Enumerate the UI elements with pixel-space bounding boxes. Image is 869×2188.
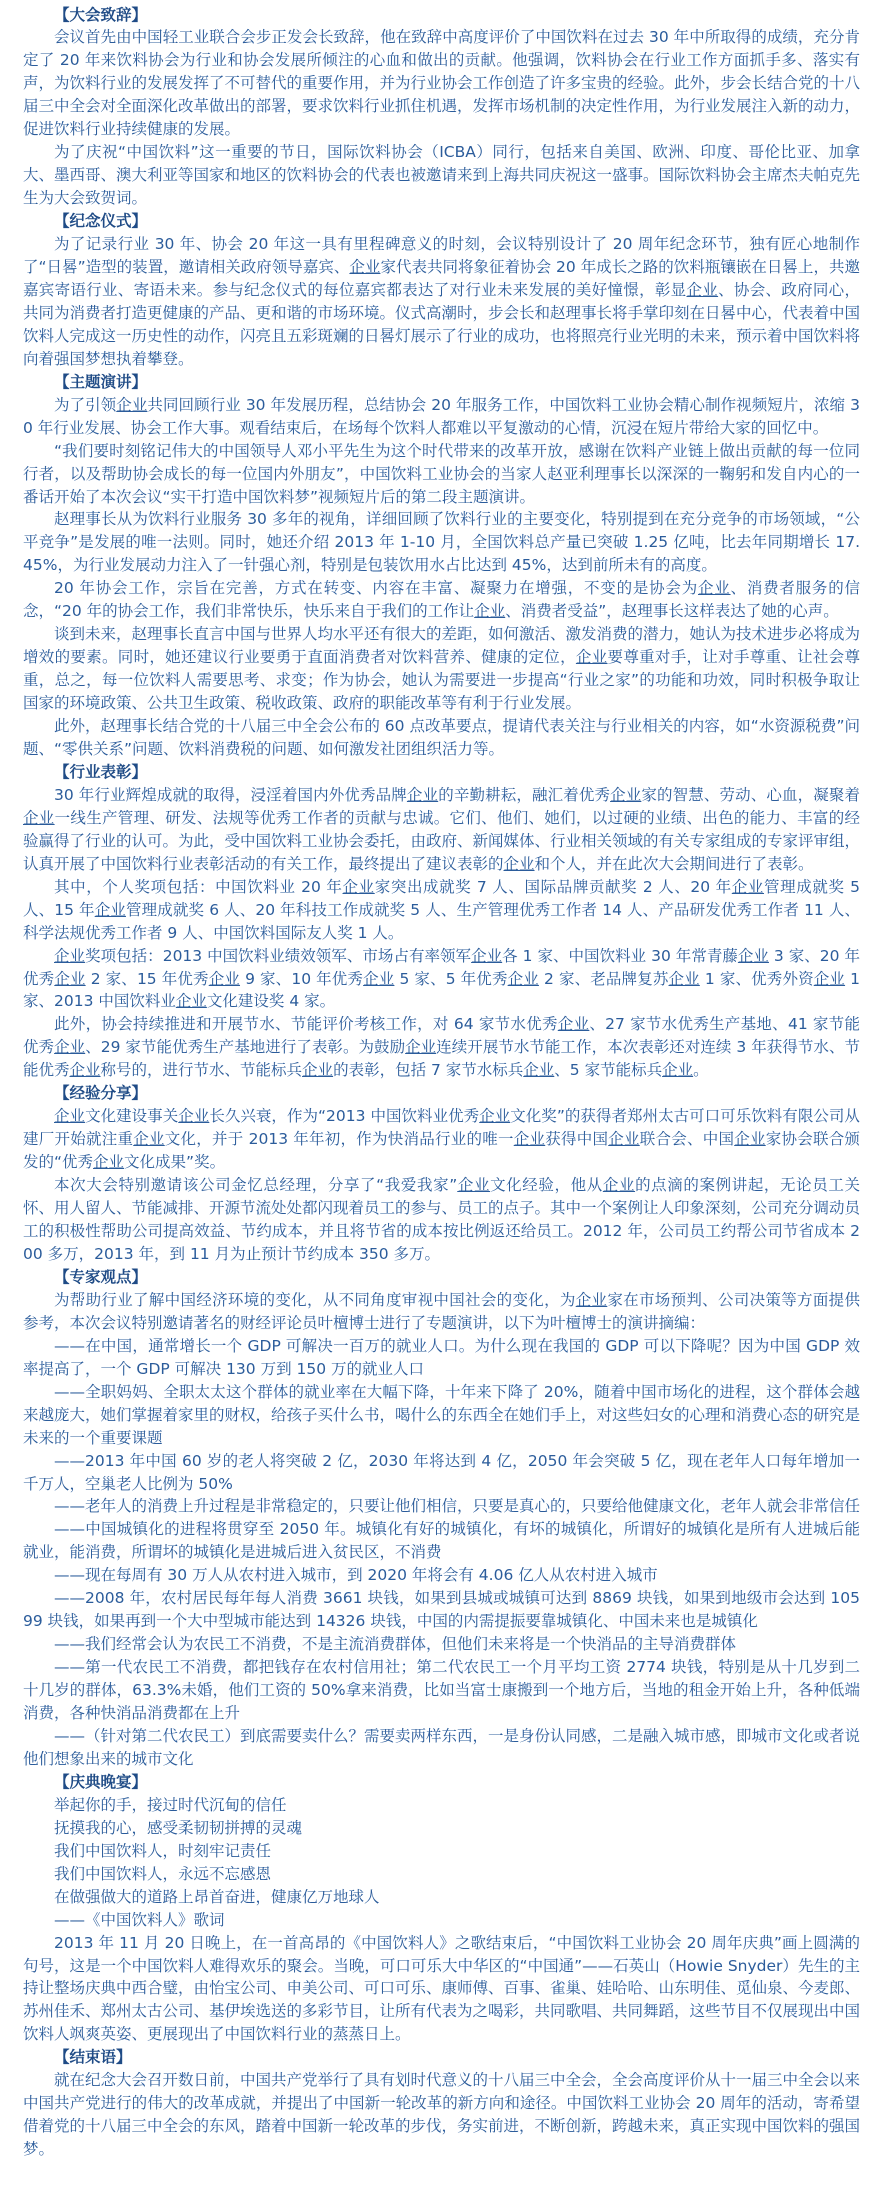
lyric-line: 在做强做大的道路上昂首奋进，健康亿万地球人	[23, 1886, 860, 1909]
section-heading: 【主题演讲】	[23, 371, 860, 394]
paragraph: 为了引领企业共同回顾行业 30 年发展历程，总结协会 20 年服务工作，中国饮料…	[23, 394, 860, 440]
keyword-link[interactable]: 企业	[558, 1015, 590, 1033]
keyword-link[interactable]: 企业	[23, 809, 55, 827]
keyword-link[interactable]: 企业	[610, 786, 641, 804]
section-opening-speech: 【大会致辞】 会议首先由中国轻工业联合会步正发会长致辞，他在致辞中高度评价了中国…	[23, 4, 860, 211]
quote-item: ——老年人的消费上升过程是非常稳定的，只要让他们相信，只要是真心的，只要给他健康…	[23, 1495, 860, 1518]
section-industry-awards: 【行业表彰】 30 年行业辉煌成就的取得，浸淫着国内外优秀品牌企业的辛勤耕耘，融…	[23, 761, 860, 1082]
keyword-link[interactable]: 企业	[474, 602, 505, 620]
keyword-link[interactable]: 企业	[116, 396, 147, 414]
section-gala-dinner: 【庆典晚宴】 举起你的手，接过时代沉甸的信任 抚摸我的心，感受柔韧韧拼搏的灵魂 …	[23, 1771, 860, 2046]
keyword-link[interactable]: 企业	[669, 970, 700, 988]
paragraph: 为了记录行业 30 年、协会 20 年这一具有里程碑意义的时刻，会议特别设计了 …	[23, 233, 860, 371]
paragraph: 其中，个人奖项包括：中国饮料业 20 年企业家突出成就奖 7 人、国际品牌贡献奖…	[23, 876, 860, 945]
quote-item: ——2008 年，农村居民每年每人消费 3661 块钱，如果到县城或城镇可达到 …	[23, 1587, 860, 1633]
keyword-link[interactable]: 企业	[523, 1061, 554, 1079]
keyword-link[interactable]: 企业	[302, 1061, 333, 1079]
keyword-link[interactable]: 企业	[54, 947, 85, 965]
keyword-link[interactable]: 企业	[603, 1176, 635, 1194]
keyword-link[interactable]: 企业	[70, 1061, 101, 1079]
paragraph: 企业文化建设事关企业长久兴衰，作为“2013 中国饮料业优秀企业文化奖”的获得者…	[23, 1105, 860, 1174]
paragraph: 此外，赵理事长结合党的十八届三中全会公布的 60 点改革要点，提请代表关注与行业…	[23, 715, 860, 761]
quote-item: ——第一代农民工不消费，都把钱存在农村信用社；第二代农民工一个月平均工资 277…	[23, 1656, 860, 1725]
keyword-link[interactable]: 企业	[209, 970, 240, 988]
keyword-link[interactable]: 企业	[576, 1291, 608, 1309]
keyword-link[interactable]: 企业	[508, 970, 539, 988]
keyword-link[interactable]: 企业	[738, 947, 769, 965]
section-closing-remarks: 【结束语】 就在纪念大会召开数日前，中国共产党举行了具有划时代意义的十八届三中全…	[23, 2046, 860, 2161]
paragraph: 2013 年 11 月 20 日晚上，在一首高昂的《中国饮料人》之歌结束后，“中…	[23, 1932, 860, 2047]
section-heading: 【大会致辞】	[23, 4, 860, 27]
keyword-link[interactable]: 企业	[457, 1176, 490, 1194]
lyric-line: 抚摸我的心，感受柔韧韧拼搏的灵魂	[23, 1817, 860, 1840]
section-heading: 【专家观点】	[23, 1266, 860, 1289]
keyword-link[interactable]: 企业	[178, 1107, 209, 1125]
paragraph: 谈到未来，赵理事长直言中国与世界人均水平还有很大的差距，如何激活、激发消费的潜力…	[23, 623, 860, 715]
keyword-link[interactable]: 企业	[576, 648, 608, 666]
paragraph: 企业奖项包括：2013 中国饮料业绩效领军、市场占有率领军企业各 1 家、中国饮…	[23, 945, 860, 1014]
paragraph: 20 年协会工作，宗旨在完善，方式在转变、内容在丰富、凝聚力在增强，不变的是协会…	[23, 577, 860, 623]
lyrics-credit: ——《中国饮料人》歌词	[23, 1909, 860, 1932]
keyword-link[interactable]: 企业	[698, 579, 731, 597]
paragraph: “我们要时刻铭记伟大的中国领导人邓小平先生为这个时代带来的改革开放，感谢在饮料产…	[23, 440, 860, 509]
keyword-link[interactable]: 企业	[93, 1153, 124, 1171]
quote-item: ——中国城镇化的进程将贯穿至 2050 年。城镇化有好的城镇化，有坏的城镇化，所…	[23, 1518, 860, 1564]
lyric-line: 我们中国饮料人，时刻牢记责任	[23, 1840, 860, 1863]
quote-item: ——全职妈妈、全职太太这个群体的就业率在大幅下降，十年来下降了 20%，随着中国…	[23, 1381, 860, 1450]
keyword-link[interactable]: 企业	[54, 1107, 85, 1125]
keyword-link[interactable]: 企业	[504, 855, 535, 873]
keyword-link[interactable]: 企业	[363, 970, 394, 988]
quote-item: ——现在每周有 30 万人从农村进入城市，到 2020 年将会有 4.06 亿人…	[23, 1564, 860, 1587]
section-keynote: 【主题演讲】 为了引领企业共同回顾行业 30 年发展历程，总结协会 20 年服务…	[23, 371, 860, 761]
keyword-link[interactable]: 企业	[514, 1130, 546, 1148]
quote-item: ——在中国，通常增长一个 GDP 可解决一百万的就业人口。为什么现在我国的 GD…	[23, 1335, 860, 1381]
paragraph: 30 年行业辉煌成就的取得，浸淫着国内外优秀品牌企业的辛勤耕耘，融汇着优秀企业家…	[23, 784, 860, 876]
quote-item: ——我们经常会认为农民工不消费，不是主流消费群体，但他们未来将是一个快消品的主导…	[23, 1633, 860, 1656]
paragraph: 就在纪念大会召开数日前，中国共产党举行了具有划时代意义的十八届三中全会，全会高度…	[23, 2069, 860, 2161]
keyword-link[interactable]: 企业	[95, 901, 126, 919]
keyword-link[interactable]: 企业	[405, 1038, 436, 1056]
quote-item: ——2013 年中国 60 岁的老人将突破 2 亿，2030 年将达到 4 亿，…	[23, 1450, 860, 1496]
song-lyrics: 举起你的手，接过时代沉甸的信任 抚摸我的心，感受柔韧韧拼搏的灵魂 我们中国饮料人…	[23, 1794, 860, 1932]
section-heading: 【庆典晚宴】	[23, 1771, 860, 1794]
paragraph: 此外，协会持续推进和开展节水、节能评价考核工作，对 64 家节水优秀企业、27 …	[23, 1013, 860, 1082]
paragraph: 本次大会特别邀请该公司金忆总经理，分享了“我爱我家”企业文化经验，他从企业的点滴…	[23, 1174, 860, 1266]
section-expert-views: 【专家观点】 为帮助行业了解中国经济环境的变化，从不同角度审视中国社会的变化，为…	[23, 1266, 860, 1771]
paragraph: 会议首先由中国轻工业联合会步正发会长致辞，他在致辞中高度评价了中国饮料在过去 3…	[23, 26, 860, 141]
section-experience-sharing: 【经验分享】 企业文化建设事关企业长久兴衰，作为“2013 中国饮料业优秀企业文…	[23, 1082, 860, 1266]
paragraph: 赵理事长从为饮料行业服务 30 多年的视角，详细回顾了饮料行业的主要变化，特别提…	[23, 508, 860, 577]
lyric-line: 举起你的手，接过时代沉甸的信任	[23, 1794, 860, 1817]
section-heading: 【结束语】	[23, 2046, 860, 2069]
keyword-link[interactable]: 企业	[343, 878, 375, 896]
keyword-link[interactable]: 企业	[686, 281, 718, 299]
quote-item: ——（针对第二代农民工）到底需要卖什么？需要卖两样东西，一是身份认同感，二是融入…	[23, 1725, 860, 1771]
lyric-line: 我们中国饮料人，永远不忘感恩	[23, 1863, 860, 1886]
keyword-link[interactable]: 企业	[54, 1038, 85, 1056]
article-body: 【大会致辞】 会议首先由中国轻工业联合会步正发会长致辞，他在致辞中高度评价了中国…	[0, 0, 869, 2161]
keyword-link[interactable]: 企业	[349, 258, 380, 276]
paragraph: 为帮助行业了解中国经济环境的变化，从不同角度审视中国社会的变化，为企业家在市场预…	[23, 1289, 860, 1335]
keyword-link[interactable]: 企业	[471, 947, 502, 965]
section-heading: 【经验分享】	[23, 1082, 860, 1105]
section-ceremony: 【纪念仪式】 为了记录行业 30 年、协会 20 年这一具有里程碑意义的时刻，会…	[23, 210, 860, 371]
keyword-link[interactable]: 企业	[732, 878, 764, 896]
keyword-link[interactable]: 企业	[479, 1107, 510, 1125]
keyword-link[interactable]: 企业	[407, 786, 438, 804]
keyword-link[interactable]: 企业	[662, 1061, 693, 1079]
section-heading: 【行业表彰】	[23, 761, 860, 784]
keyword-link[interactable]: 企业	[608, 1130, 640, 1148]
section-heading: 【纪念仪式】	[23, 210, 860, 233]
paragraph: 为了庆祝“中国饮料”这一重要的节日，国际饮料协会（ICBA）同行，包括来自美国、…	[23, 141, 860, 210]
keyword-link[interactable]: 企业	[734, 1130, 766, 1148]
keyword-link[interactable]: 企业	[54, 970, 85, 988]
keyword-link[interactable]: 企业	[814, 970, 845, 988]
keyword-link[interactable]: 企业	[133, 1130, 165, 1148]
keyword-link[interactable]: 企业	[176, 992, 207, 1010]
